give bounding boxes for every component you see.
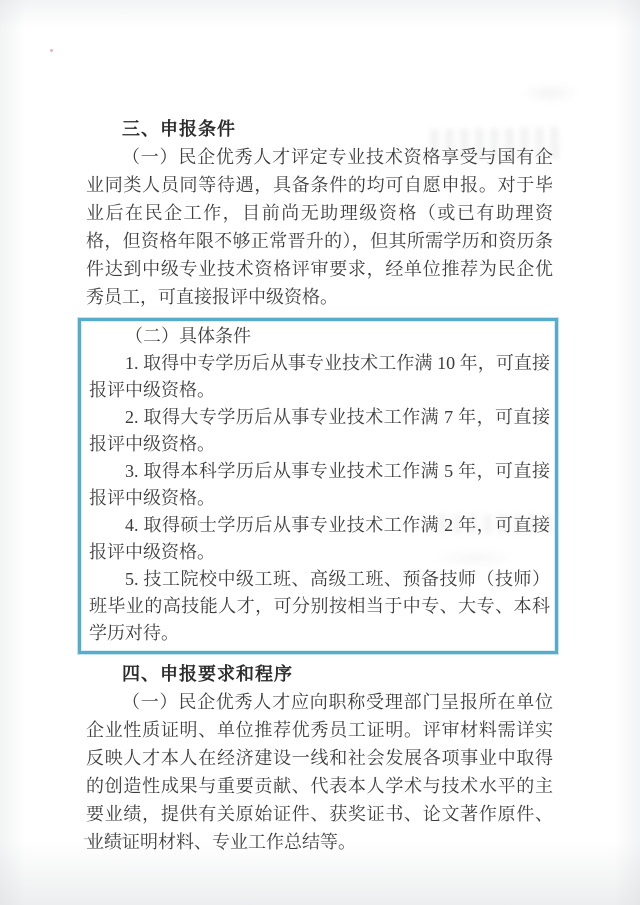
page-number: — 2 — xyxy=(84,830,133,846)
highlight-box-item-5: 5. 技工院校中级工班、高级工班、预备技师（技师）班毕业的高技能人才，可分别按相… xyxy=(89,566,550,647)
section-3-paragraph-1: （一）民企优秀人才评定专业技术资格享受与国有企业同类人员同等待遇，具备条件的均可… xyxy=(86,143,553,311)
highlight-box-item-2: 2. 取得大专学历后从事专业技术工作满 7 年，可直接报评中级资格。 xyxy=(89,404,550,458)
highlight-box: （二）具体条件 1. 取得中专学历后从事专业技术工作满 10 年，可直接报评中级… xyxy=(78,318,558,654)
section-3-heading: 三、申报条件 xyxy=(86,115,553,143)
section-4-heading: 四、申报要求和程序 xyxy=(86,660,553,688)
highlight-box-item-4: 4. 取得硕士学历后从事专业技术工作满 2 年，可直接报评中级资格。 xyxy=(89,512,550,566)
highlight-box-heading: （二）具体条件 xyxy=(89,323,550,350)
section-4-paragraph-1: （一）民企优秀人才应向职称受理部门呈报所在单位企业性质证明、单位推荐优秀员工证明… xyxy=(86,688,553,856)
document-body: 三、申报条件 （一）民企优秀人才评定专业技术资格享受与国有企业同类人员同等待遇，… xyxy=(86,115,553,856)
document-page: 三、申报条件 （一）民企优秀人才评定专业技术资格享受与国有企业同类人员同等待遇，… xyxy=(0,0,640,905)
highlight-box-item-3: 3. 取得本科学历后从事专业技术工作满 5 年，可直接报评中级资格。 xyxy=(89,458,550,512)
highlight-box-item-1: 1. 取得中专学历后从事专业技术工作满 10 年，可直接报评中级资格。 xyxy=(89,350,550,404)
scan-speck xyxy=(50,49,53,52)
scan-artifact xyxy=(520,82,580,104)
